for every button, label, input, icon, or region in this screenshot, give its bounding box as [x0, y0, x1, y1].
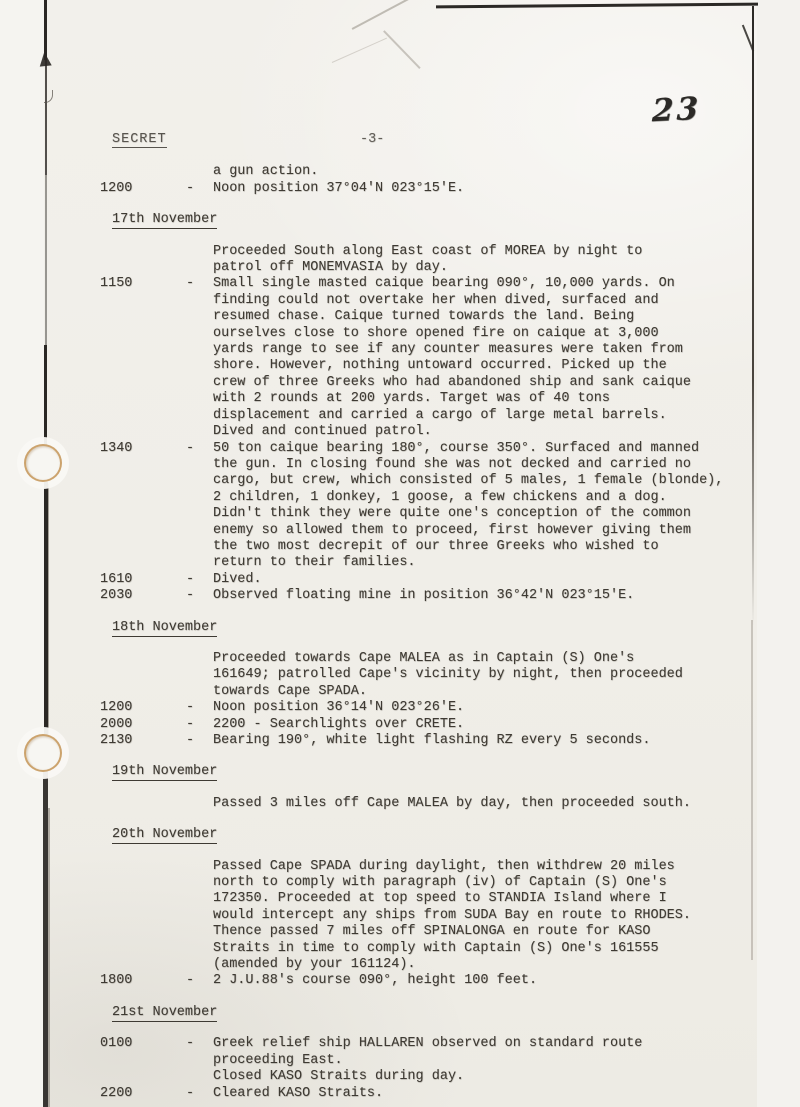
- entry-text: 2200 - Searchlights over CRETE.: [213, 717, 743, 733]
- log-entry: Proceeded South along East coast of MORE…: [100, 244, 743, 277]
- entry-text: 50 ton caique bearing 180°, course 350°.…: [213, 441, 743, 572]
- hole-punch-top: [24, 444, 62, 482]
- entry-dash: -: [186, 572, 213, 588]
- binding-edge-line: [43, 768, 48, 1107]
- entry-text: 2 J.U.88's course 090°, height 100 feet.: [213, 973, 743, 989]
- entry-time: 1800: [100, 973, 186, 989]
- entry-text: Proceeded South along East coast of MORE…: [213, 244, 743, 277]
- entry-text: Passed Cape SPADA during daylight, then …: [213, 859, 743, 974]
- date-heading: 17th November: [112, 212, 743, 228]
- binding-edge-line: [44, 482, 48, 738]
- entry-time: [100, 244, 186, 277]
- log-entry: 1800-2 J.U.88's course 090°, height 100 …: [100, 973, 743, 989]
- page-right-edge-line: [752, 6, 754, 626]
- entry-time: 1150: [100, 276, 186, 440]
- scratch-mark: [352, 0, 422, 29]
- entry-time: 1610: [100, 572, 186, 588]
- entry-time: 2130: [100, 733, 186, 749]
- log-entry: a gun action.: [100, 164, 743, 180]
- entry-text: Cleared KASO Straits.: [213, 1086, 743, 1102]
- entry-dash: [186, 244, 213, 277]
- entry-dash: [186, 796, 213, 812]
- entry-time: 2030: [100, 588, 186, 604]
- binding-edge-line: [45, 175, 47, 345]
- log-entry: 1200-Noon position 37°04'N 023°15'E.: [100, 181, 743, 197]
- entry-text: Passed 3 miles off Cape MALEA by day, th…: [213, 796, 743, 812]
- log-entry: 2200-Cleared KASO Straits.: [100, 1086, 743, 1102]
- scan-left-margin: [0, 0, 44, 1107]
- entry-time: 1200: [100, 700, 186, 716]
- date-heading: 18th November: [112, 620, 743, 636]
- entry-dash: -: [186, 973, 213, 989]
- entry-text: Noon position 37°04'N 023°15'E.: [213, 181, 743, 197]
- entry-time: [100, 859, 186, 974]
- page-header: SECRET -3-: [100, 132, 743, 148]
- entry-time: [100, 651, 186, 700]
- date-heading-label: 20th November: [112, 827, 217, 844]
- hole-punch-bottom: [24, 734, 62, 772]
- log-body: a gun action.1200-Noon position 37°04'N …: [100, 164, 743, 1102]
- log-entry: 1340-50 ton caique bearing 180°, course …: [100, 441, 743, 572]
- log-entry: 2030-Observed floating mine in position …: [100, 588, 743, 604]
- entry-text: a gun action.: [213, 164, 743, 180]
- log-entry: 1150-Small single masted caique bearing …: [100, 276, 743, 440]
- date-heading-label: 21st November: [112, 1005, 217, 1022]
- binding-edge-mark: [44, 90, 53, 103]
- log-entry: 1610-Dived.: [100, 572, 743, 588]
- entry-time: 2200: [100, 1086, 186, 1102]
- entry-dash: [186, 164, 213, 180]
- entry-text: Greek relief ship HALLAREN observed on s…: [213, 1036, 743, 1085]
- scanned-document-page: 23 SECRET -3- a gun action.1200-Noon pos…: [0, 0, 800, 1107]
- log-entry: 0100-Greek relief ship HALLAREN observed…: [100, 1036, 743, 1085]
- log-entry: 1200-Noon position 36°14'N 023°26'E.: [100, 700, 743, 716]
- entry-dash: [186, 859, 213, 974]
- entry-dash: -: [186, 441, 213, 572]
- binding-edge-line: [45, 60, 47, 175]
- date-heading: 20th November: [112, 827, 743, 843]
- entry-text: Noon position 36°14'N 023°26'E.: [213, 700, 743, 716]
- log-entry: Passed Cape SPADA during daylight, then …: [100, 859, 743, 974]
- entry-dash: -: [186, 276, 213, 440]
- entry-time: 0100: [100, 1036, 186, 1085]
- entry-text: Bearing 190°, white light flashing RZ ev…: [213, 733, 743, 749]
- entry-time: [100, 164, 186, 180]
- date-heading-label: 19th November: [112, 764, 217, 781]
- page-number: -3-: [360, 132, 384, 148]
- classification-label: SECRET: [112, 132, 167, 148]
- log-entry: 2000-2200 - Searchlights over CRETE.: [100, 717, 743, 733]
- document-content: SECRET -3- a gun action.1200-Noon positi…: [100, 132, 743, 1102]
- scratch-mark: [383, 30, 420, 68]
- entry-dash: -: [186, 1086, 213, 1102]
- entry-dash: -: [186, 1036, 213, 1085]
- entry-text: Observed floating mine in position 36°42…: [213, 588, 743, 604]
- entry-dash: -: [186, 181, 213, 197]
- entry-time: 2000: [100, 717, 186, 733]
- entry-dash: [186, 651, 213, 700]
- entry-text: Proceeded towards Cape MALEA as in Capta…: [213, 651, 743, 700]
- entry-dash: -: [186, 717, 213, 733]
- entry-text: Dived.: [213, 572, 743, 588]
- entry-text: Small single masted caique bearing 090°,…: [213, 276, 743, 440]
- entry-time: 1200: [100, 181, 186, 197]
- date-heading-label: 17th November: [112, 212, 217, 229]
- log-entry: 2130-Bearing 190°, white light flashing …: [100, 733, 743, 749]
- binding-edge-line: [44, 345, 47, 445]
- entry-time: [100, 796, 186, 812]
- entry-time: 1340: [100, 441, 186, 572]
- entry-dash: -: [186, 733, 213, 749]
- date-heading: 21st November: [112, 1005, 743, 1021]
- log-entry: Proceeded towards Cape MALEA as in Capta…: [100, 651, 743, 700]
- date-heading-label: 18th November: [112, 620, 217, 637]
- scan-right-margin: [757, 0, 800, 1107]
- page-top-edge-line: [436, 3, 758, 9]
- log-entry: Passed 3 miles off Cape MALEA by day, th…: [100, 796, 743, 812]
- scratch-mark: [332, 38, 387, 63]
- entry-dash: -: [186, 700, 213, 716]
- page-right-edge-line-faint: [751, 620, 753, 960]
- page-stamp-number: 23: [652, 91, 702, 130]
- date-heading: 19th November: [112, 764, 743, 780]
- entry-dash: -: [186, 588, 213, 604]
